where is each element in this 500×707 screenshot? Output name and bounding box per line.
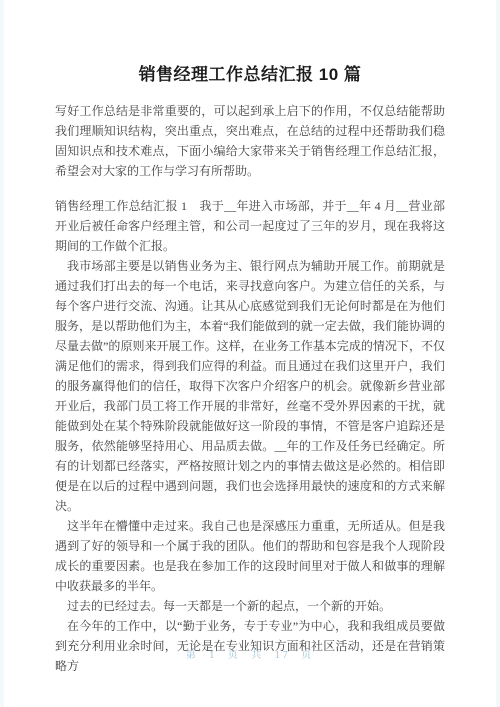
page-number-footer: 第 1 页 共 17 页 (0, 646, 500, 661)
document-page: 销售经理工作总结汇报 10 篇 写好工作总结是非常重要的，可以起到承上启下的作用… (0, 0, 500, 707)
document-title: 销售经理工作总结汇报 10 篇 (55, 64, 445, 86)
paragraph-intro: 写好工作总结是非常重要的，可以起到承上启下的作用，不仅总结能帮助我们理顺知识结构… (55, 101, 445, 181)
paragraph-body-2: 这半年在懵懂中走过来。我自己也是深感压力重重，无所适从。但是我遇到了好的领导和一… (55, 516, 445, 596)
page-edge-right (496, 0, 500, 707)
paragraph-section-heading-1: 销售经理工作总结汇报 1 我于__年进入市场部，并于__年 4 月__营业部开业… (55, 196, 445, 256)
paragraph-body-3: 过去的已经过去。每一天都是一个新的起点，一个新的开始。 (55, 596, 445, 616)
page-edge-left (0, 0, 4, 707)
paragraph-body-1: 我市场部主要是以销售业务为主、银行网点为辅助开展工作。前期就是通过我们打出去的每… (55, 256, 445, 516)
